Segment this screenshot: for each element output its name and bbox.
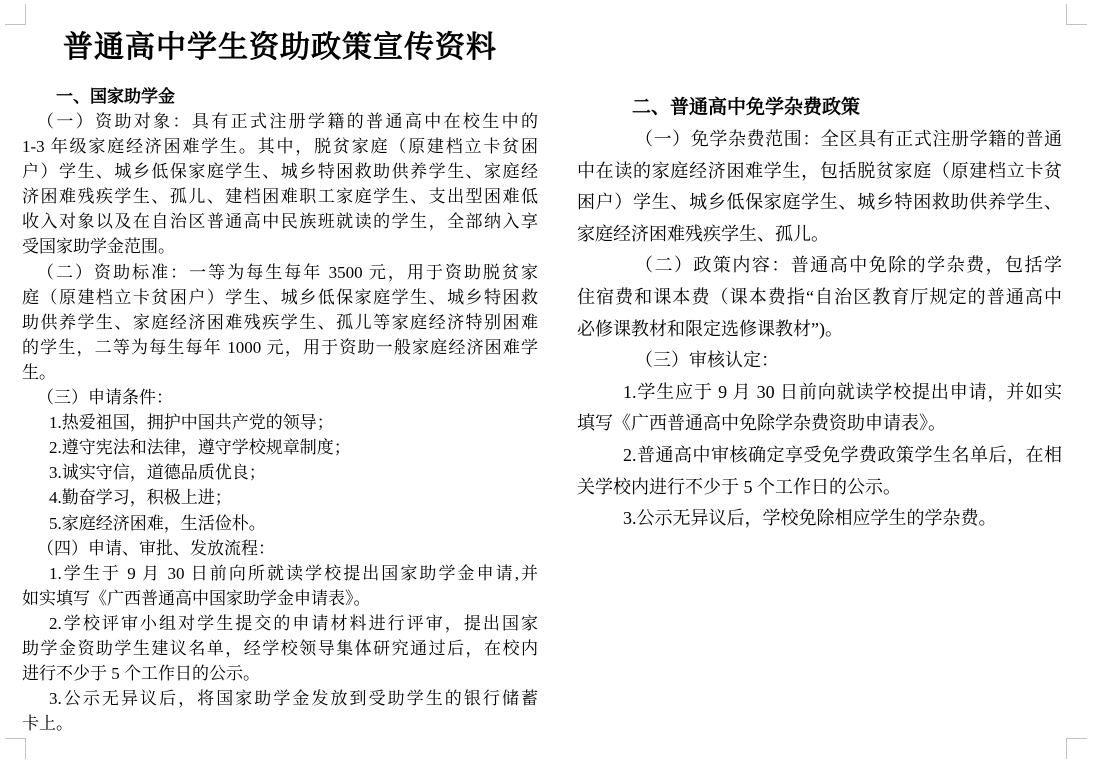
crop-mark-bottom-left-icon bbox=[5, 738, 26, 759]
paragraph: 3.公示无异议后，将国家助学金发放到受助学生的银行储蓄卡上。 bbox=[22, 686, 538, 736]
text-line: （一）免学杂费范围：全区具有正式注册学籍的普通高 bbox=[577, 124, 1062, 156]
text-line: 3.公示无异议后，学校免除相应学生的学杂费。 bbox=[577, 503, 1062, 535]
text-line: （一）资助对象：具有正式注册学籍的普通高中在校生中的 bbox=[22, 109, 538, 134]
paragraph: （二）资助标准：一等为每生每年 3500 元，用于资助脱贫家庭（原建档立卡贫困户… bbox=[22, 260, 538, 385]
text-line: 助供养学生、家庭经济困难残疾学生、孤儿等家庭经济特别困难 bbox=[22, 310, 538, 335]
text-line: （四）申请、审批、发放流程： bbox=[22, 536, 538, 561]
text-line: 进行不少于 5 个工作日的公示。 bbox=[22, 661, 538, 686]
crop-mark-top-right-icon bbox=[1066, 4, 1087, 25]
document-page: 普通高中学生资助政策宣传资料 一、国家助学金 （一）资助对象：具有正式注册学籍的… bbox=[0, 0, 1114, 766]
paragraph: （三）申请条件： bbox=[22, 385, 538, 410]
text-line: 收入对象以及在自治区普通高中民族班就读的学生，全部纳入享 bbox=[22, 209, 538, 234]
text-line: （二）资助标准：一等为每生每年 3500 元，用于资助脱贫家 bbox=[22, 260, 538, 285]
paragraph: 2.遵守宪法和法律，遵守学校规章制度； bbox=[22, 435, 538, 460]
text-line: 填写《广西普通高中免除学杂费资助申请表》。 bbox=[577, 408, 1062, 440]
right-column: 二、普通高中免学杂费政策 （一）免学杂费范围：全区具有正式注册学籍的普通高中在读… bbox=[577, 92, 1062, 535]
paragraph: （二）政策内容：普通高中免除的学杂费，包括学费、住宿费和课本费（课本费指“自治区… bbox=[577, 250, 1062, 345]
crop-mark-bottom-right-icon bbox=[1066, 738, 1087, 759]
paragraph: 1.学生应于 9 月 30 日前向就读学校提出申请，并如实填写《广西普通高中免除… bbox=[577, 377, 1062, 440]
text-line: （三）审核认定： bbox=[577, 345, 1062, 377]
text-line: 3.公示无异议后，将国家助学金发放到受助学生的银行储蓄 bbox=[22, 686, 538, 711]
paragraph: （四）申请、审批、发放流程： bbox=[22, 536, 538, 561]
left-column: 一、国家助学金 （一）资助对象：具有正式注册学籍的普通高中在校生中的1-3 年级… bbox=[22, 84, 538, 736]
left-column-body: （一）资助对象：具有正式注册学籍的普通高中在校生中的1-3 年级家庭经济困难学生… bbox=[22, 109, 538, 736]
text-line: 卡上。 bbox=[22, 711, 538, 736]
text-line: 济困难残疾学生、孤儿、建档困难职工家庭学生、支出型困难低 bbox=[22, 184, 538, 209]
text-line: 受国家助学金范围。 bbox=[22, 234, 538, 259]
text-line: 如实填写《广西普通高中国家助学金申请表》。 bbox=[22, 586, 538, 611]
paragraph: 4.勤奋学习，积极上进； bbox=[22, 485, 538, 510]
text-line: 庭（原建档立卡贫困户）学生、城乡低保家庭学生、城乡特困救 bbox=[22, 285, 538, 310]
text-line: 中在读的家庭经济困难学生，包括脱贫家庭（原建档立卡贫 bbox=[577, 156, 1062, 188]
paragraph: （三）审核认定： bbox=[577, 345, 1062, 377]
text-line: 2.学校评审小组对学生提交的申请材料进行评审，提出国家 bbox=[22, 611, 538, 636]
text-line: 1.学生应于 9 月 30 日前向就读学校提出申请，并如实 bbox=[577, 377, 1062, 409]
paragraph: 3.公示无异议后，学校免除相应学生的学杂费。 bbox=[577, 503, 1062, 535]
text-line: 5.家庭经济困难，生活俭朴。 bbox=[22, 511, 538, 536]
text-line: 必修课教材和限定选修课教材”)。 bbox=[577, 314, 1062, 346]
text-line: 关学校内进行不少于 5 个工作日的公示。 bbox=[577, 472, 1062, 504]
text-line: 1.热爱祖国，拥护中国共产党的领导； bbox=[22, 410, 538, 435]
paragraph: （一）资助对象：具有正式注册学籍的普通高中在校生中的1-3 年级家庭经济困难学生… bbox=[22, 109, 538, 260]
text-line: 助学金资助学生建议名单，经学校领导集体研究通过后，在校内 bbox=[22, 636, 538, 661]
text-line: 1.学生于 9 月 30 日前向所就读学校提出国家助学金申请,并 bbox=[22, 561, 538, 586]
right-column-body: （一）免学杂费范围：全区具有正式注册学籍的普通高中在读的家庭经济困难学生，包括脱… bbox=[577, 124, 1062, 535]
paragraph: （一）免学杂费范围：全区具有正式注册学籍的普通高中在读的家庭经济困难学生，包括脱… bbox=[577, 124, 1062, 250]
text-line: 2.普通高中审核确定享受免学费政策学生名单后，在相 bbox=[577, 440, 1062, 472]
paragraph: 1.热爱祖国，拥护中国共产党的领导； bbox=[22, 410, 538, 435]
text-line: （三）申请条件： bbox=[22, 385, 538, 410]
text-line: 的学生，二等为每生每年 1000 元，用于资助一般家庭经济困难学 bbox=[22, 335, 538, 360]
paragraph: 2.普通高中审核确定享受免学费政策学生名单后，在相关学校内进行不少于 5 个工作… bbox=[577, 440, 1062, 503]
paragraph: 3.诚实守信，道德品质优良； bbox=[22, 460, 538, 485]
section-heading-national-grant: 一、国家助学金 bbox=[22, 84, 538, 109]
text-line: 困户）学生、城乡低保家庭学生、城乡特困救助供养学生、 bbox=[577, 187, 1062, 219]
text-line: 生。 bbox=[22, 360, 538, 385]
text-line: 1-3 年级家庭经济困难学生。其中，脱贫家庭（原建档立卡贫困 bbox=[22, 134, 538, 159]
text-line: （二）政策内容：普通高中免除的学杂费，包括学费、 bbox=[577, 250, 1062, 282]
text-line: 家庭经济困难残疾学生、孤儿。 bbox=[577, 219, 1062, 251]
text-line: 3.诚实守信，道德品质优良； bbox=[22, 460, 538, 485]
text-line: 2.遵守宪法和法律，遵守学校规章制度； bbox=[22, 435, 538, 460]
paragraph: 2.学校评审小组对学生提交的申请材料进行评审，提出国家助学金资助学生建议名单，经… bbox=[22, 611, 538, 686]
section-heading-fee-waiver: 二、普通高中免学杂费政策 bbox=[577, 92, 1062, 124]
paragraph: 1.学生于 9 月 30 日前向所就读学校提出国家助学金申请,并如实填写《广西普… bbox=[22, 561, 538, 611]
document-title: 普通高中学生资助政策宣传资料 bbox=[22, 22, 538, 66]
paragraph: 5.家庭经济困难，生活俭朴。 bbox=[22, 511, 538, 536]
text-line: 住宿费和课本费（课本费指“自治区教育厅规定的普通高中 bbox=[577, 282, 1062, 314]
text-line: 户）学生、城乡低保家庭学生、城乡特困救助供养学生、家庭经 bbox=[22, 159, 538, 184]
text-line: 4.勤奋学习，积极上进； bbox=[22, 485, 538, 510]
